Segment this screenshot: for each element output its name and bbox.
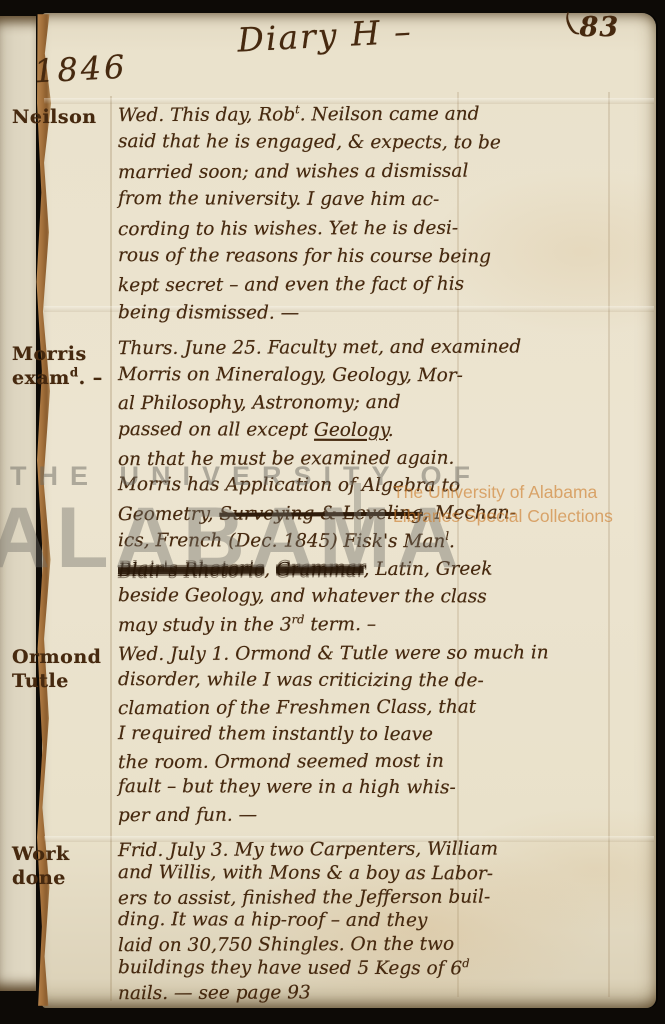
text-segment: Tutle — [12, 670, 69, 692]
diary-line: may study in the 3rd term. – — [118, 610, 652, 640]
entry-margin-label-line: Morris — [12, 342, 114, 366]
text-segment: al Philosophy, Astronomy; and — [118, 392, 401, 414]
text-segment: nails. — see page 93 — [118, 982, 311, 1004]
watermark-divider — [354, 483, 361, 545]
text-segment: being dismissed. — — [118, 302, 299, 324]
diary-line: per and fun. — — [118, 801, 652, 830]
text-segment: and Willis, with Mons & a boy as Labor- — [118, 862, 493, 884]
year-heading: 1846 — [33, 48, 128, 91]
text-segment: term. – — [304, 614, 376, 635]
diary-line: and Willis, with Mons & a boy as Labor- — [118, 861, 652, 887]
text-segment: Morris — [12, 343, 87, 365]
text-segment: rous of the reasons for his course being — [118, 245, 491, 267]
text-segment: . — [388, 420, 394, 441]
text-segment: Wed. This day, Rob — [118, 104, 295, 126]
diary-line: Frid. July 3. My two Carpenters, William — [118, 837, 652, 863]
text-segment-u: Geology — [314, 420, 388, 441]
diary-line: nails. — see page 93 — [118, 980, 652, 1006]
entry-margin-label: Workdone — [12, 842, 114, 890]
text-segment: may study in the 3 — [118, 614, 292, 636]
watermark-collections-line2: Libraries Special Collections — [393, 504, 613, 528]
entry-body: Wed. This day, Robt. Neilson came andsai… — [118, 101, 652, 328]
diary-line: al Philosophy, Astronomy; and — [118, 388, 652, 418]
entry-margin-label-line: done — [12, 866, 114, 890]
text-segment: kept secret – and even the fact of his — [118, 274, 464, 297]
diary-line: laid on 30,750 Shingles. On the two — [118, 932, 652, 958]
entry-margin-label-line: examd. – — [12, 366, 114, 390]
text-segment: clamation of the Freshmen Class, that — [118, 696, 476, 719]
diary-line: married soon; and wishes a dismissal — [118, 157, 652, 188]
text-segment: per and fun. — — [118, 805, 257, 827]
text-segment: from the university. I gave him ac- — [118, 188, 439, 210]
text-segment: laid on 30,750 Shingles. On the two — [118, 934, 454, 956]
entry-margin-label-line: Ormond — [12, 645, 114, 669]
text-segment: buildings they have used 5 Kegs of 6 — [118, 957, 462, 979]
text-segment: . – — [79, 367, 103, 389]
diary-line: Morris on Mineralogy, Geology, Mor- — [118, 361, 652, 391]
diary-line: fault – but they were in a high whis- — [118, 775, 652, 804]
entry-margin-label-line: Tutle — [12, 669, 114, 693]
diary-line: clamation of the Freshmen Class, that — [118, 694, 652, 723]
entry-margin-label-line: Neilson — [12, 105, 114, 129]
diary-line: buildings they have used 5 Kegs of 6d — [118, 956, 652, 982]
text-segment: ding. It was a hip-roof – and they — [118, 909, 427, 931]
text-segment-sup: rd — [292, 612, 305, 626]
text-segment: disorder, while I was criticizing the de… — [118, 669, 484, 691]
text-segment: Wed. July 1. Ormond & Tutle were so much… — [118, 642, 549, 665]
text-segment: cording to his wishes. Yet he is desi- — [118, 217, 458, 239]
page-number-value: 83 — [580, 12, 620, 43]
diary-line: the room. Ormond seemed most in — [118, 747, 652, 776]
diary-line: ding. It was a hip-roof – and they — [118, 908, 652, 934]
entry-margin-label: Morrisexamd. – — [12, 342, 114, 390]
diary-line: kept secret – and even the fact of his — [118, 270, 652, 301]
diary-line: Thurs. June 25. Faculty met, and examine… — [118, 333, 652, 363]
text-segment: said that he is engaged, & expects, to b… — [118, 131, 501, 153]
diary-line: ers to assist, finished the Jefferson bu… — [118, 884, 652, 910]
entry-body: Wed. July 1. Ormond & Tutle were so much… — [118, 641, 652, 829]
text-segment: . Neilson came and — [300, 104, 480, 126]
text-segment: Work — [12, 843, 70, 865]
entry-body: Frid. July 3. My two Carpenters, William… — [118, 838, 652, 1005]
diary-line: Wed. This day, Robt. Neilson came and — [118, 100, 652, 131]
text-segment: Ormond — [12, 646, 101, 668]
entry-margin-label-line: Work — [12, 842, 114, 866]
diary-line: passed on all except Geology. — [118, 416, 652, 446]
diary-line: said that he is engaged, & expects, to b… — [118, 128, 652, 158]
text-segment: fault – but they were in a high whis- — [118, 777, 456, 799]
text-segment: I required them instantly to leave — [118, 723, 433, 745]
text-segment: passed on all except — [118, 419, 314, 441]
text-segment-sup: d — [462, 956, 469, 970]
watermark-collections-line1: The University of Alabama — [393, 480, 613, 504]
entry-margin-label: Neilson — [12, 105, 114, 129]
diary-line: disorder, while I was criticizing the de… — [118, 667, 652, 696]
diary-line: I required them instantly to leave — [118, 721, 652, 750]
text-segment: ers to assist, finished the Jefferson bu… — [118, 886, 490, 909]
diary-scan: Diary H – (83 1846 NeilsonWed. This day,… — [0, 0, 665, 1024]
text-segment: Frid. July 3. My two Carpenters, William — [118, 839, 498, 862]
text-segment: the room. Ormond seemed most in — [118, 750, 444, 772]
text-segment-sup: d — [70, 366, 79, 380]
diary-line: cording to his wishes. Yet he is desi- — [118, 213, 652, 244]
text-segment: Morris on Mineralogy, Geology, Mor- — [118, 364, 463, 386]
diary-line: from the university. I gave him ac- — [118, 185, 652, 215]
text-segment: exam — [12, 367, 70, 389]
text-segment: done — [12, 867, 66, 889]
diary-line: rous of the reasons for his course being — [118, 242, 652, 272]
page-number: (83 — [568, 12, 619, 43]
text-segment: Neilson — [12, 106, 97, 128]
text-segment: Thurs. June 25. Faculty met, and examine… — [118, 336, 521, 359]
text-segment: beside Geology, and whatever the class — [118, 585, 487, 607]
text-segment: married soon; and wishes a dismissal — [118, 160, 468, 183]
watermark-collections-text: The University of Alabama Libraries Spec… — [393, 480, 613, 528]
entry-margin-label: OrmondTutle — [12, 645, 114, 693]
diary-line: Wed. July 1. Ormond & Tutle were so much… — [118, 640, 652, 669]
diary-line: being dismissed. — — [118, 299, 652, 329]
